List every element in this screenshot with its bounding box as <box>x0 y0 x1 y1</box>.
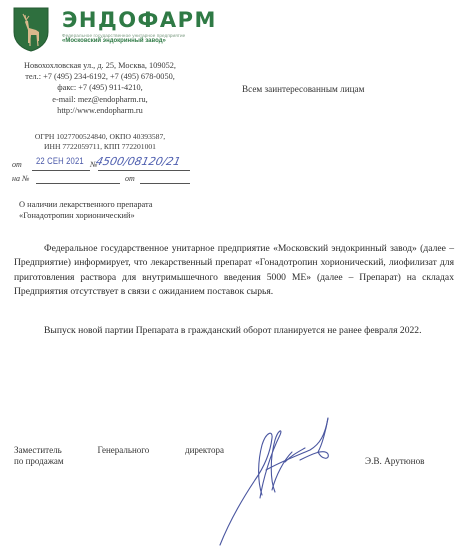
brand-name: ЭНДОФАРМ <box>62 8 217 32</box>
brand-company-name: «Московский эндокринный завод» <box>62 38 166 44</box>
signer-title: Заместитель Генерального директора по пр… <box>14 445 224 467</box>
subject-line: О наличии лекарственного препарата <box>19 199 153 210</box>
website-line: http://www.endopharm.ru <box>10 105 190 116</box>
number-field-line <box>98 170 190 171</box>
handwritten-signature-icon <box>200 400 360 549</box>
fax-line: факс: +7 (495) 911-4210, <box>10 82 190 93</box>
date-stamp: 22 СЕН 2021 <box>36 156 84 166</box>
recipient: Всем заинтересованным лицам <box>242 84 364 94</box>
email-line: e-mail: mez@endopharm.ru, <box>10 94 190 105</box>
reply-from-label: от <box>125 174 135 183</box>
date-field-line <box>32 170 90 171</box>
body-paragraph: Выпуск новой партии Препарата в гражданс… <box>14 324 454 338</box>
reply-number-line <box>36 183 120 184</box>
signer-name: Э.В. Арутюнов <box>365 456 425 466</box>
subject: О наличии лекарственного препарата «Гона… <box>19 199 153 221</box>
paragraph-text: Федеральное государственное унитарное пр… <box>14 242 454 300</box>
inn-kpp-line: ИНН 7722059711, КПП 772201001 <box>10 142 190 152</box>
company-codes: ОГРН 1027700524840, ОКПО 40393587, ИНН 7… <box>10 132 190 152</box>
outgoing-number: 4500/08120/21 <box>95 155 182 168</box>
subject-line: «Гонадотропин хорионический» <box>19 210 153 221</box>
body-paragraph: Федеральное государственное унитарное пр… <box>14 242 454 300</box>
phone-line: тел.: +7 (495) 234-6192, +7 (495) 678-00… <box>10 71 190 82</box>
title-word: Генерального <box>97 445 149 456</box>
ogrn-okpo-line: ОГРН 1027700524840, ОКПО 40393587, <box>10 132 190 142</box>
deer-shield-icon <box>12 6 50 52</box>
reply-to-label: на № <box>12 174 30 183</box>
paragraph-text: Выпуск новой партии Препарата в гражданс… <box>14 324 454 338</box>
company-address: Новохохловская ул., д. 25, Москва, 10905… <box>10 60 190 116</box>
reply-date-line <box>140 183 190 184</box>
title-line: по продажам <box>14 456 224 467</box>
title-word: Заместитель <box>14 445 62 456</box>
ref-from-label: от <box>12 160 22 169</box>
address-line: Новохохловская ул., д. 25, Москва, 10905… <box>10 60 190 71</box>
